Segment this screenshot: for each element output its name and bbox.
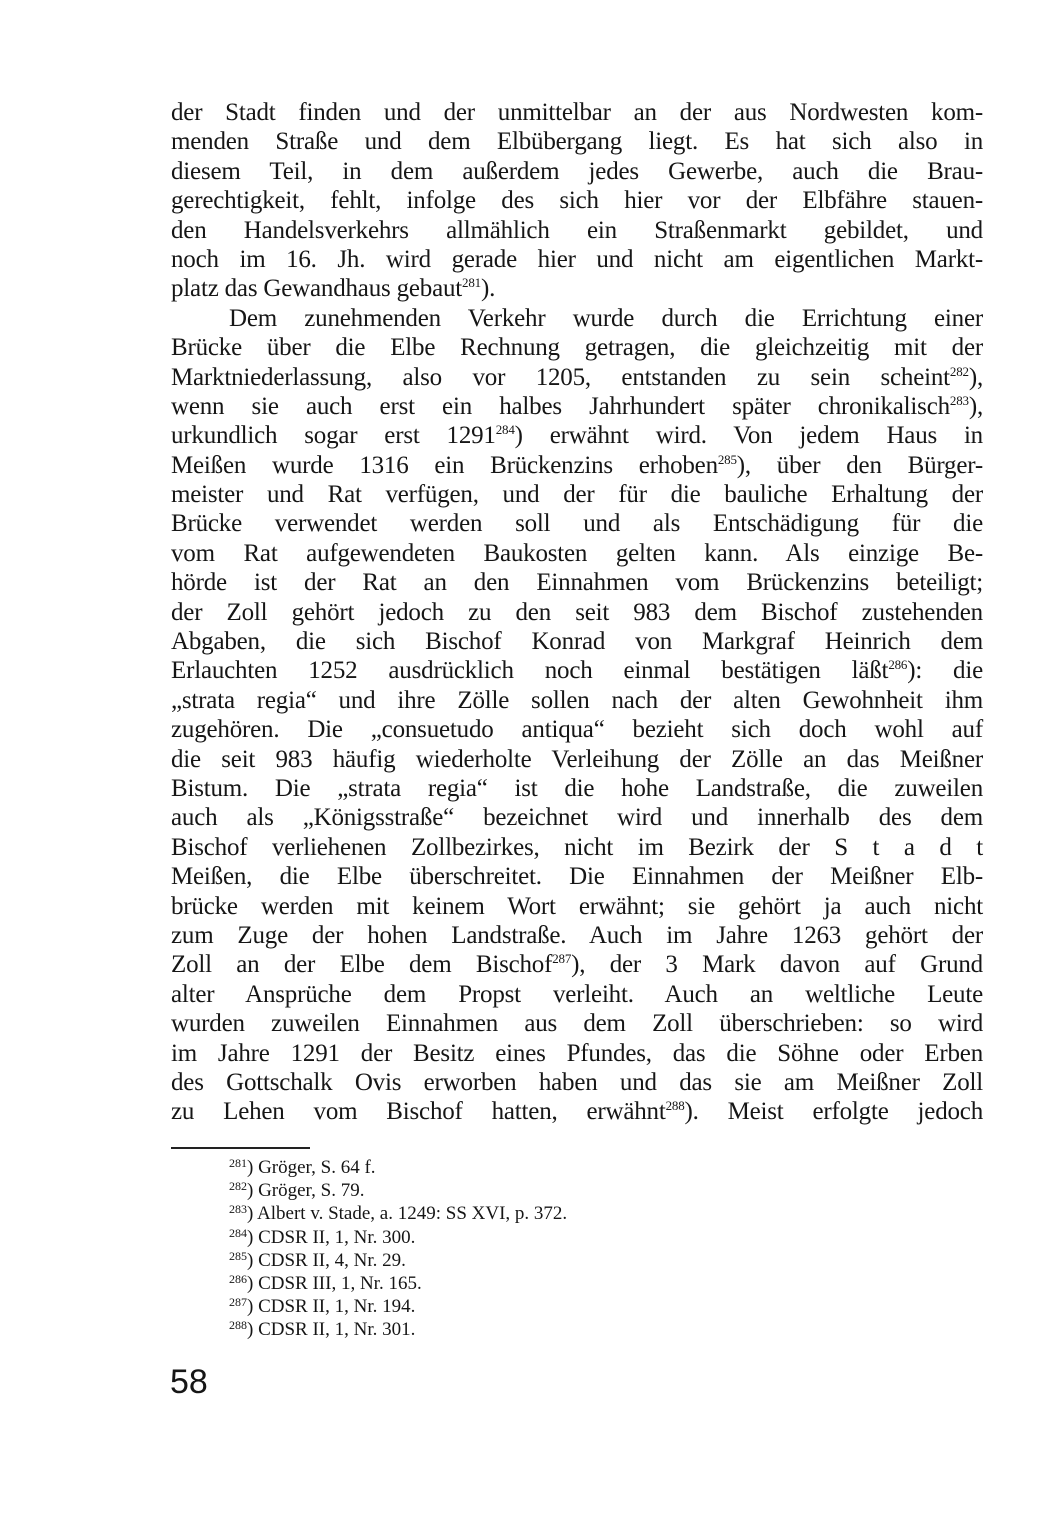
footnote-ref: 285 xyxy=(718,452,737,467)
text-line: zum Zuge der hohen Landstraße. Auch im J… xyxy=(171,921,983,950)
paragraph-start: Dem zunehmenden Verkehr wurde durch die … xyxy=(171,304,983,333)
footnote: 283) Albert v. Stade, a. 1249: SS XVI, p… xyxy=(229,1202,567,1225)
text-line: wenn sie auch erst ein halbes Jahrhunder… xyxy=(171,392,983,421)
footnote-ref: 286 xyxy=(888,657,907,672)
text-line: hörde ist der Rat an den Einnahmen vom B… xyxy=(171,568,983,597)
page-number: 58 xyxy=(170,1363,208,1402)
text-line: meister und Rat verfügen, und der für di… xyxy=(171,480,983,509)
text-line: Brücke über die Elbe Rechnung getragen, … xyxy=(171,333,983,362)
text-line: Brücke verwendet werden soll und als Ent… xyxy=(171,509,983,538)
footnote-ref: 284 xyxy=(496,422,515,437)
text-line: diesem Teil, in dem außerdem jedes Gewer… xyxy=(171,157,983,186)
text-line: urkundlich sogar erst 1291284) erwähnt w… xyxy=(171,421,983,450)
text-line: den Handelsverkehrs allmählich ein Straß… xyxy=(171,216,983,245)
footnote: 281) Gröger, S. 64 f. xyxy=(229,1156,567,1179)
body-text: der Stadt finden und der unmittelbar an … xyxy=(171,98,983,1127)
footnote-ref: 282 xyxy=(950,364,969,379)
text-line: gerechtigkeit, fehlt, infolge des sich h… xyxy=(171,186,983,215)
footnote-ref: 288 xyxy=(666,1098,685,1113)
footnote: 284) CDSR II, 1, Nr. 300. xyxy=(229,1226,567,1249)
text-line: Abgaben, die sich Bischof Konrad von Mar… xyxy=(171,627,983,656)
text-line: zugehören. Die „consuetudo antiqua“ bezi… xyxy=(171,715,983,744)
text-line: Marktniederlassung, also vor 1205, entst… xyxy=(171,363,983,392)
footnote: 282) Gröger, S. 79. xyxy=(229,1179,567,1202)
text-line: Meißen wurde 1316 ein Brückenzins erhobe… xyxy=(171,451,983,480)
footnote: 287) CDSR II, 1, Nr. 194. xyxy=(229,1295,567,1318)
text-line: die seit 983 häufig wiederholte Verleihu… xyxy=(171,745,983,774)
text-line: „strata regia“ und ihre Zölle sollen nac… xyxy=(171,686,983,715)
text-line: Zoll an der Elbe dem Bischof287), der 3 … xyxy=(171,950,983,979)
footnote-ref: 283 xyxy=(950,393,969,408)
text-line: der Zoll gehört jedoch zu den seit 983 d… xyxy=(171,598,983,627)
text-line: platz das Gewandhaus gebaut281). xyxy=(171,274,983,303)
text-line: der Stadt finden und der unmittelbar an … xyxy=(171,98,983,127)
text-line: brücke werden mit keinem Wort erwähnt; s… xyxy=(171,892,983,921)
text-line: Meißen, die Elbe überschreitet. Die Einn… xyxy=(171,862,983,891)
text-line: des Gottschalk Ovis erworben haben und d… xyxy=(171,1068,983,1097)
text-line: Bischof verliehenen Zollbezirkes, nicht … xyxy=(171,833,983,862)
text-line: auch als „Königsstraße“ bezeichnet wird … xyxy=(171,803,983,832)
text-line: noch im 16. Jh. wird gerade hier und nic… xyxy=(171,245,983,274)
text-line: menden Straße und dem Elbübergang liegt.… xyxy=(171,127,983,156)
text-line: alter Ansprüche dem Propst verleiht. Auc… xyxy=(171,980,983,1009)
footnotes: 281) Gröger, S. 64 f. 282) Gröger, S. 79… xyxy=(229,1156,567,1342)
footnote-separator xyxy=(171,1147,310,1149)
footnote-ref: 281 xyxy=(462,275,481,290)
footnote: 286) CDSR III, 1, Nr. 165. xyxy=(229,1272,567,1295)
text-line: im Jahre 1291 der Besitz eines Pfundes, … xyxy=(171,1039,983,1068)
text-line: Bistum. Die „strata regia“ ist die hohe … xyxy=(171,774,983,803)
footnote: 285) CDSR II, 4, Nr. 29. xyxy=(229,1249,567,1272)
text-line: vom Rat aufgewendeten Baukosten gelten k… xyxy=(171,539,983,568)
book-page: der Stadt finden und der unmittelbar an … xyxy=(0,0,1063,1535)
text-line: Erlauchten 1252 ausdrücklich noch einmal… xyxy=(171,656,983,685)
footnote: 288) CDSR II, 1, Nr. 301. xyxy=(229,1318,567,1341)
text-line: zu Lehen vom Bischof hatten, erwähnt288)… xyxy=(171,1097,983,1126)
text-line: wurden zuweilen Einnahmen aus dem Zoll ü… xyxy=(171,1009,983,1038)
footnote-ref: 287 xyxy=(552,951,571,966)
